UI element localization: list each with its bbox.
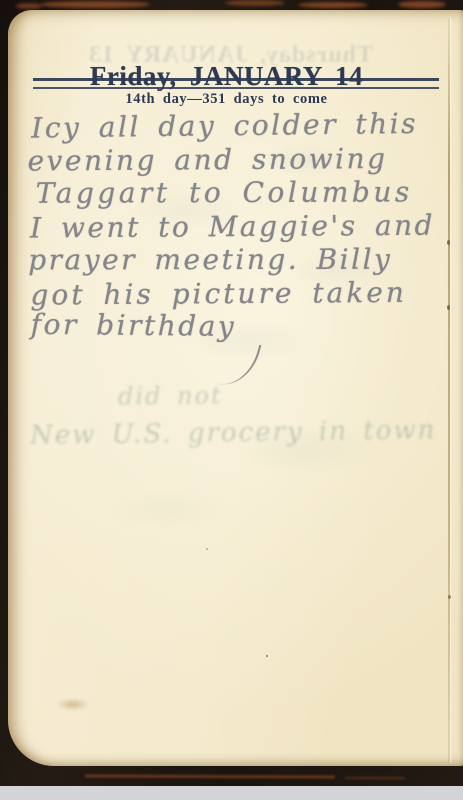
paper-speck [206,548,208,550]
worn-leather-patch [298,2,368,8]
worn-leather-streak [345,777,405,779]
edge-nick [448,595,451,599]
entry-line: got his picture taken [30,275,459,311]
diary-page: Thursday, JANUARY 13 Friday, JANUARY 14 … [8,10,463,766]
paper-stain [56,698,90,711]
bleedthrough-text: New U.S. grocery in town [30,415,437,451]
entry-line: for birthday [31,308,460,346]
day-count-subtitle: 14th day—351 days to come [8,91,445,108]
page-edge-crease [448,18,450,762]
paper-speck [266,655,268,657]
edge-nick [447,240,450,245]
worn-leather-patch [398,1,446,8]
worn-leather-patch [40,1,150,8]
double-rule-divider [33,78,439,89]
entry-line: I went to Maggie's and [30,208,459,244]
bleedthrough-text: did not [118,382,223,411]
entry-line: Icy all day colder this [31,106,458,145]
entry-line: Taggart to Columbus [36,175,459,210]
worn-leather-patch [225,0,285,6]
handwritten-entry: Icy all day colder this evening and snow… [25,107,460,345]
entry-line: evening and snowing [27,141,458,178]
worn-leather-streak [85,774,335,778]
worn-leather-patch [16,3,42,9]
diary-scan: Thursday, JANUARY 13 Friday, JANUARY 14 … [0,0,463,800]
entry-line: prayer meeting. Billy [28,243,459,277]
edge-nick [447,305,450,310]
